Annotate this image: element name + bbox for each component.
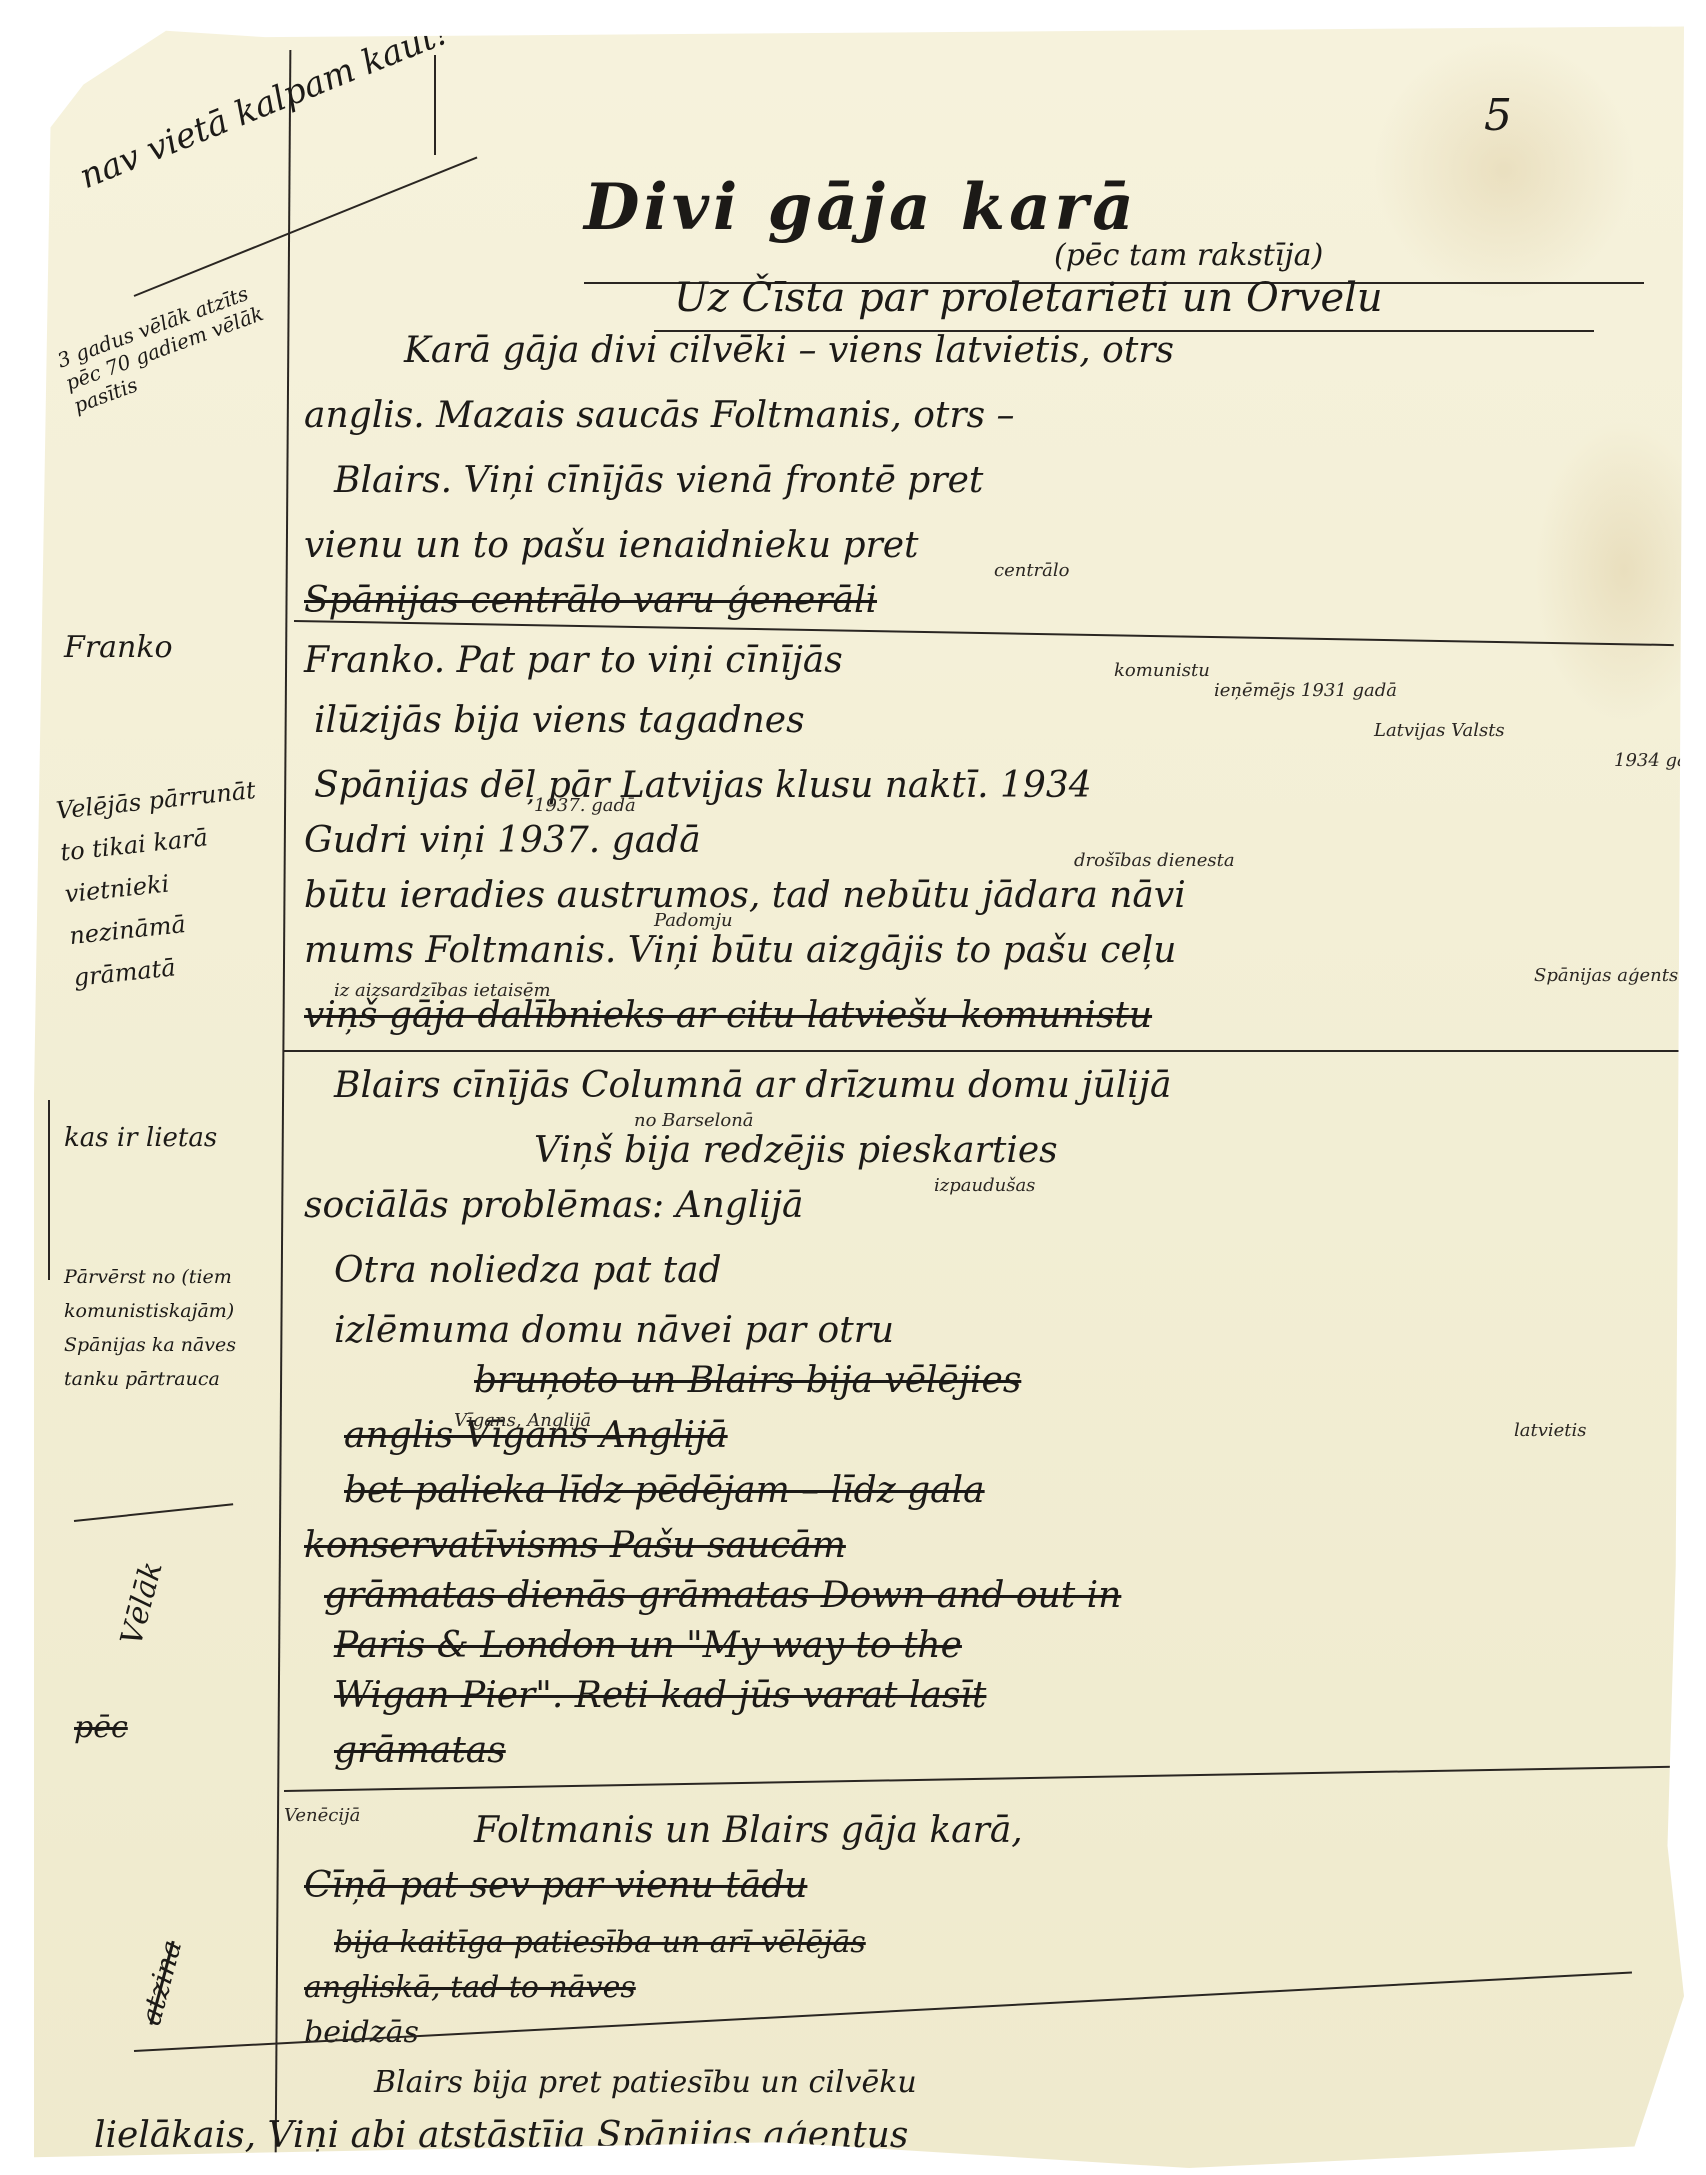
body-line: anglis. Mazais saucās Foltmanis, otrs –: [304, 395, 1015, 436]
margin-note-top: nav vietā kalpam kaut!: [74, 12, 454, 197]
body-line: Wigan Pier". Reti kad jūs varat lasīt: [334, 1675, 986, 1716]
margin-note-franco: Franko: [64, 630, 173, 665]
interlinear-note: no Barselonā: [634, 1110, 754, 1131]
body-line: Paris & London un "My way to the: [334, 1625, 962, 1666]
interlinear-note: izpaudušas: [934, 1175, 1035, 1196]
body-line: Spānijas dēļ pār Latvijas klusu naktī. 1…: [314, 765, 1092, 806]
interlinear-note: Latvijas Valsts: [1374, 720, 1505, 741]
bracket: [48, 1100, 50, 1280]
margin-note-7: pēc: [74, 1710, 128, 1745]
body-line: Karā gāja divi cilvēki – viens latvietis…: [404, 330, 1174, 371]
manuscript-page: nav vietā kalpam kaut! 3 gadus vēlāk atz…: [34, 20, 1684, 2168]
body-line: būtu ieradies austrumos, tad nebūtu jāda…: [304, 875, 1186, 916]
body-line: Blairs bija pret patiesību un cilvēku: [374, 2065, 917, 2100]
interlinear-note: komunistu: [1114, 660, 1210, 681]
body-line: Otra noliedza pat tad: [334, 1250, 722, 1291]
interlinear-note: Padomju: [654, 910, 733, 931]
body-line: Cīņā pat sev par vienu tādu: [304, 1865, 807, 1906]
interlinear-note: ieņēmējs 1931 gadā: [1214, 680, 1397, 701]
page-title: Divi gāja karā: [584, 170, 1138, 245]
body-line: Foltmanis un Blairs gāja karā,: [474, 1810, 1023, 1851]
interlinear-note: latvietis: [1514, 1420, 1587, 1441]
body-line: Franko. Pat par to viņi cīnījās: [304, 640, 843, 681]
margin-note-2: 3 gadus vēlāk atzīts pēc 70 gadiem vēlāk…: [54, 275, 285, 418]
page-number: 5: [1484, 90, 1512, 141]
margin-note-6: Vēlāk: [114, 1558, 170, 1649]
body-line: konservatīvisms Pašu saucām: [304, 1525, 846, 1566]
body-line: Gudri viņi 1937. gadā: [304, 820, 701, 861]
margin-note-4: kas ir lietas: [64, 1115, 264, 1161]
body-line: Blairs cīnījās Columnā ar drīzumu domu j…: [334, 1065, 1171, 1106]
body-line: sociālās problēmas: Anglijā: [304, 1185, 804, 1226]
body-line: bruņoto un Blairs bija vēlējies: [474, 1360, 1021, 1401]
body-line: grāmatas dienās grāmatas Down and out in: [324, 1575, 1121, 1616]
interlinear-note: drošības dienesta: [1074, 850, 1235, 871]
body-line: angliskā, tad to nāves: [304, 1970, 636, 2005]
interlinear-note: Spānijas aģents: [1534, 965, 1678, 986]
body-line: Blairs. Viņi cīnījās vienā frontē pret: [334, 460, 983, 501]
interlinear-note: Vīgans, Anglijā: [454, 1410, 591, 1431]
subtitle: Uz Čīsta par proletarieti un Orvelu: [674, 275, 1383, 321]
title-annotation: (pēc tam rakstīja): [1054, 238, 1323, 273]
body-line: ilūzijās bija viens tagadnes: [314, 700, 805, 741]
margin-rule: [275, 50, 292, 2160]
margin-note-5: Pārvērst no (tiem komunistiskajām) Spāni…: [64, 1260, 254, 1396]
margin-note-underline: [74, 1503, 233, 1522]
interlinear-note: centrālo: [994, 560, 1070, 581]
body-line: izlēmuma domu nāvei par otru: [334, 1310, 894, 1351]
body-line: lielākais, Viņi abi atstāstīja Spānijas …: [94, 2115, 908, 2156]
section-divider: [284, 1050, 1684, 1052]
paper-stain: [1534, 420, 1706, 720]
body-line: Spānijas centrālo varu ģenerāli: [304, 580, 877, 621]
interlinear-note: 1937. gadā: [534, 795, 636, 816]
body-line: grāmatas: [334, 1730, 506, 1771]
margin-note-8: atzina: [134, 1937, 188, 2029]
note-box-line: [134, 156, 478, 296]
body-line: Viņš bija redzējis pieskarties: [534, 1130, 1058, 1171]
body-line: viņš gāja dalībnieks ar citu latviešu ko…: [304, 995, 1152, 1036]
body-line: beidzās: [304, 2015, 419, 2050]
margin-note-3: Velējās pārrunāt to tikai karā vietnieki…: [54, 768, 285, 999]
note-box-line: [44, 150, 46, 320]
body-line: mums Foltmanis. Viņi būtu aizgājis to pa…: [304, 930, 1176, 971]
body-line: bija kaitīga patiesība un arī vēlējās: [334, 1925, 866, 1960]
interlinear-note: 1934 gadā: [1614, 750, 1706, 771]
body-line: vienu un to pašu ienaidnieku pret: [304, 525, 918, 566]
note-box-line: [434, 55, 436, 155]
body-line: bet palieka līdz pēdējam – līdz gala: [344, 1470, 985, 1511]
interlinear-note: Venēcijā: [284, 1805, 360, 1826]
paper-stain: [1374, 40, 1634, 300]
